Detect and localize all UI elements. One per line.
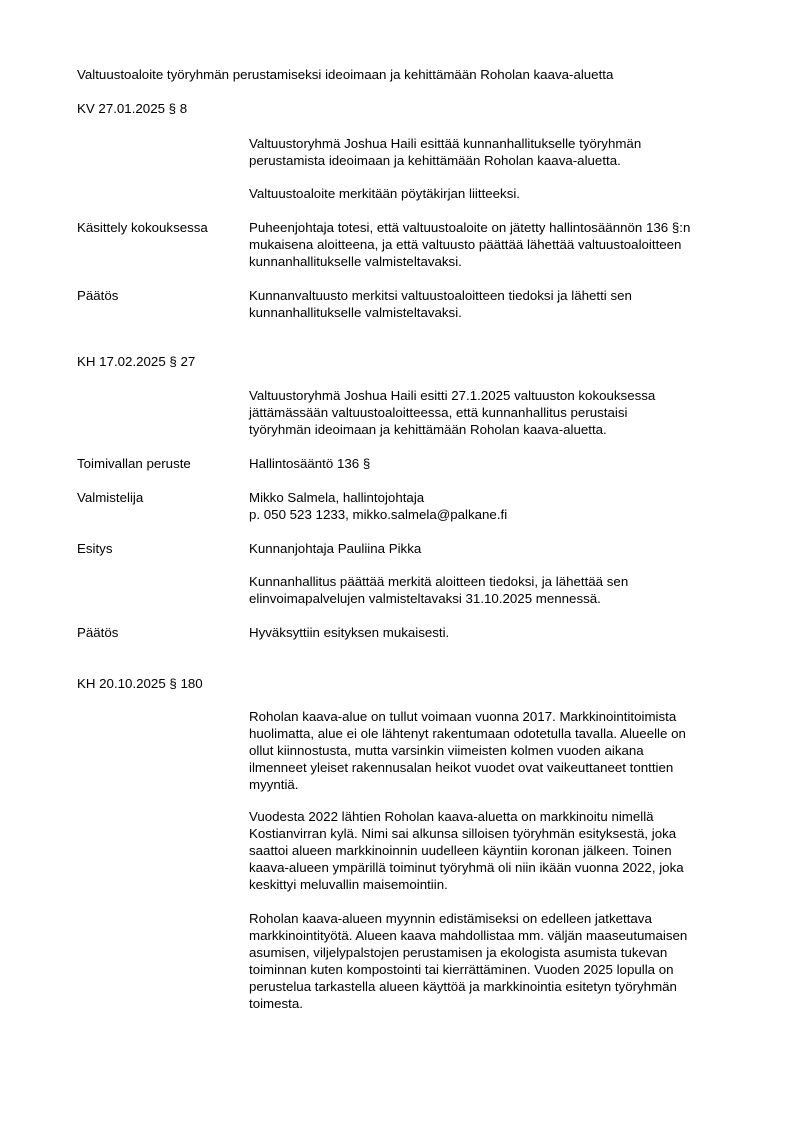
text-line: toimesta. <box>249 995 687 1012</box>
paragraph: Valtuustoryhmä Joshua Haili esittää kunn… <box>249 135 641 169</box>
paragraph: Vuodesta 2022 lähtien Roholan kaava-alue… <box>249 808 684 893</box>
text-line: huolimatta, alue ei ole lähtenyt rakentu… <box>249 725 686 742</box>
text-line: Valtuustoryhmä Joshua Haili esitti 27.1.… <box>249 387 655 404</box>
row-content: Kunnanvaltuusto merkitsi valtuustoaloitt… <box>249 287 632 321</box>
paragraph: Roholan kaava-alueen myynnin edistämisek… <box>249 910 687 1012</box>
row-label: Valmistelija <box>77 489 143 506</box>
text-line: Mikko Salmela, hallintojohtaja <box>249 489 507 506</box>
text-line: toiminnan kuten kompostointi tai kierrät… <box>249 961 687 978</box>
row-content: Kunnanhallitus päättää merkitä aloitteen… <box>249 573 628 607</box>
text-line: Valtuustoaloite merkitään pöytäkirjan li… <box>249 185 520 202</box>
row-label: Käsittely kokouksessa <box>77 219 208 236</box>
text-line: Hyväksyttiin esityksen mukaisesti. <box>249 624 449 641</box>
text-line: ilmenneet yleiset rakennusalan heikot vu… <box>249 759 686 776</box>
row-content: Kunnanjohtaja Pauliina Pikka <box>249 540 421 557</box>
text-line: elinvoimapalvelujen valmisteltavaksi 31.… <box>249 590 628 607</box>
section-heading-kh: KH 17.02.2025 § 27 <box>77 353 195 370</box>
paragraph: Roholan kaava-alue on tullut voimaan vuo… <box>249 708 686 793</box>
document-title: Valtuustoaloite työryhmän perustamiseksi… <box>77 66 613 83</box>
text-line: Roholan kaava-alue on tullut voimaan vuo… <box>249 708 686 725</box>
section-heading-kv: KV 27.01.2025 § 8 <box>77 100 187 117</box>
text-line: mukaisena aloitteena, ja että valtuusto … <box>249 236 690 253</box>
text-line: Puheenjohtaja totesi, että valtuustoaloi… <box>249 219 690 236</box>
row-content: Hallintosääntö 136 § <box>249 455 370 472</box>
text-line: Kunnanvaltuusto merkitsi valtuustoaloitt… <box>249 287 632 304</box>
row-label: Päätös <box>77 624 118 641</box>
row-label: Esitys <box>77 540 112 557</box>
text-line: asumisen, viljelypalstojen perustamisen … <box>249 944 687 961</box>
text-line: myyntiä. <box>249 776 686 793</box>
text-line: perustamista ideoimaan ja kehittämään Ro… <box>249 152 641 169</box>
text-line: ollut kiinnostusta, mutta varsinkin viim… <box>249 742 686 759</box>
text-line: Hallintosääntö 136 § <box>249 455 370 472</box>
text-line: Kunnanjohtaja Pauliina Pikka <box>249 540 421 557</box>
row-content: Hyväksyttiin esityksen mukaisesti. <box>249 624 449 641</box>
text-line: markkinointityötä. Alueen kaava mahdolli… <box>249 927 687 944</box>
paragraph: Valtuustoryhmä Joshua Haili esitti 27.1.… <box>249 387 655 438</box>
contact-line: p. 050 523 1233, mikko.salmela@palkane.f… <box>249 506 507 523</box>
row-label: Toimivallan peruste <box>77 455 191 472</box>
text-line: kunnanhallitukselle valmisteltavaksi. <box>249 304 632 321</box>
row-label: Päätös <box>77 287 118 304</box>
text-line: kaava-alueen ympärillä toiminut työryhmä… <box>249 859 684 876</box>
text-line: perustelua tarkastella alueen käyttöä ja… <box>249 978 687 995</box>
text-line: Roholan kaava-alueen myynnin edistämisek… <box>249 910 687 927</box>
text-line: keskittyi meluvallin maisemointiin. <box>249 876 684 893</box>
paragraph: Valtuustoaloite merkitään pöytäkirjan li… <box>249 185 520 202</box>
row-content: Mikko Salmela, hallintojohtaja p. 050 52… <box>249 489 507 523</box>
text-line: kunnanhallitukselle valmisteltavaksi. <box>249 253 690 270</box>
text-line: saattoi alueen markkinoinnin uudelleen k… <box>249 842 684 859</box>
text-line: Vuodesta 2022 lähtien Roholan kaava-alue… <box>249 808 684 825</box>
section-heading-kh: KH 20.10.2025 § 180 <box>77 675 203 692</box>
row-content: Puheenjohtaja totesi, että valtuustoaloi… <box>249 219 690 270</box>
text-line: jättämässään valtuustoaloitteessa, että … <box>249 404 655 421</box>
text-line: Valtuustoryhmä Joshua Haili esittää kunn… <box>249 135 641 152</box>
text-line: Kunnanhallitus päättää merkitä aloitteen… <box>249 573 628 590</box>
text-line: Kostianvirran kylä. Nimi sai alkunsa sil… <box>249 825 684 842</box>
text-line: työryhmän ideoimaan ja kehittämään Rohol… <box>249 421 655 438</box>
